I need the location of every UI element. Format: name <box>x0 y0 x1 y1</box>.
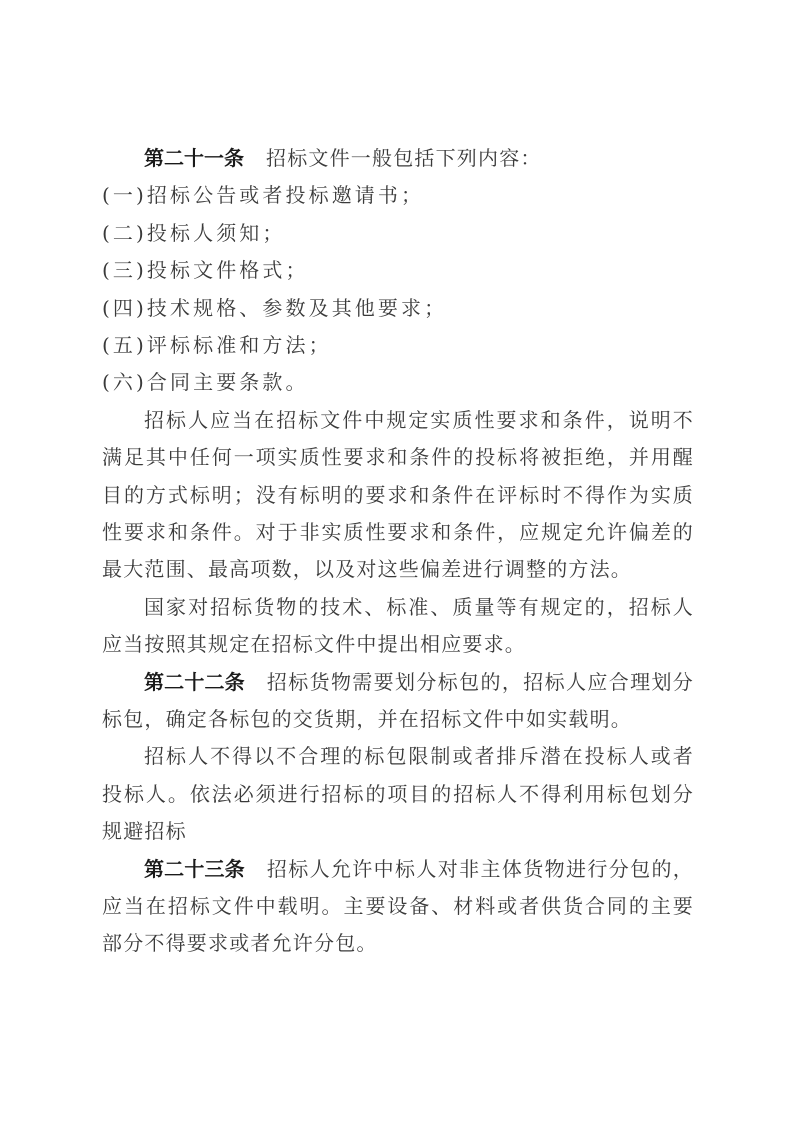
paragraph: 招标人应当在招标文件中规定实质性要求和条件，说明不满足其中任何一项实质性要求和条… <box>102 402 694 589</box>
article-21: 第二十一条招标文件一般包括下列内容： <box>102 140 694 177</box>
article-heading: 第二十二条 <box>144 670 245 694</box>
article-23: 第二十三条招标人允许中标人对非主体货物进行分包的，应当在招标文件中载明。主要设备… <box>102 851 694 963</box>
list-item: (六)合同主要条款。 <box>102 364 694 401</box>
document-page: 第二十一条招标文件一般包括下列内容： (一)招标公告或者投标邀请书； (二)投标… <box>102 140 694 963</box>
list-item: (一)招标公告或者投标邀请书； <box>102 177 694 214</box>
paragraph: 国家对招标货物的技术、标准、质量等有规定的，招标人应当按照其规定在招标文件中提出… <box>102 589 694 664</box>
article-heading: 第二十三条 <box>144 857 245 881</box>
paragraph: 招标人不得以不合理的标包限制或者排斥潜在投标人或者投标人。依法必须进行招标的项目… <box>102 738 694 850</box>
list-item: (三)投标文件格式； <box>102 252 694 289</box>
list-item: (二)投标人须知； <box>102 215 694 252</box>
article-heading: 第二十一条 <box>144 146 244 170</box>
article-intro: 招标文件一般包括下列内容： <box>266 146 542 170</box>
list-item: (五)评标标准和方法； <box>102 327 694 364</box>
list-item: (四)技术规格、参数及其他要求； <box>102 290 694 327</box>
article-22: 第二十二条招标货物需要划分标包的，招标人应合理划分标包，确定各标包的交货期，并在… <box>102 664 694 739</box>
